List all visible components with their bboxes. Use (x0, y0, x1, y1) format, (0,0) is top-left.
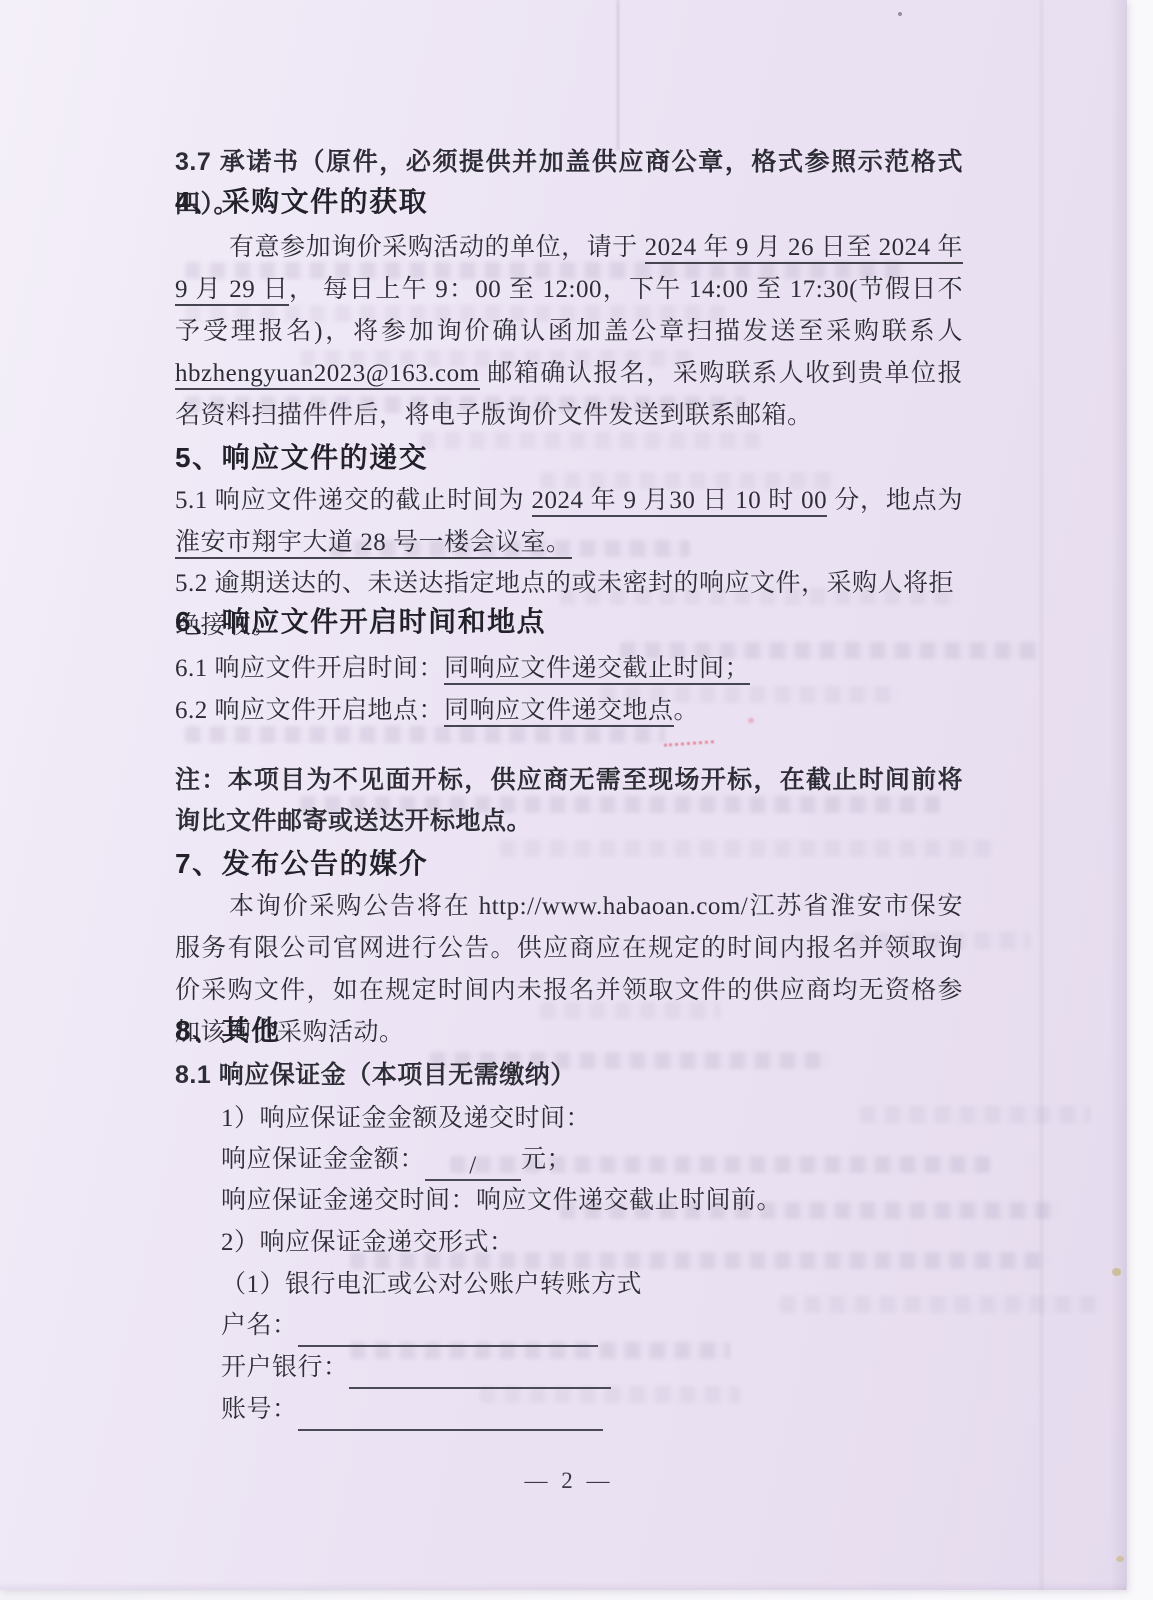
paper-crease (617, 0, 619, 150)
clause-6-1: 6.1 响应文件开启时间：同响应文件递交截止时间； (175, 648, 963, 690)
underlined-deadline: 2024 年 9 月30 日 10 时 00 (532, 487, 828, 517)
field-label: 开户银行： (221, 1354, 349, 1381)
red-pen-mark (664, 740, 714, 746)
deposit-form-item: 2）响应保证金递交形式： (221, 1222, 963, 1264)
underlined-address: 淮安市翔宇大道 28 号一楼会议室。 (175, 529, 572, 559)
section7-heading: 7、发布公告的媒介 (175, 846, 963, 882)
scan-edge-shadow (0, 1582, 1126, 1590)
account-number-line: 账号： (221, 1389, 963, 1431)
paper-sheet: 3.7 承诺书（原件，必须提供并加盖供应商公章，格式参照示范格式四）。 4、采购… (0, 0, 1127, 1590)
scanned-page: 3.7 承诺书（原件，必须提供并加盖供应商公章，格式参照示范格式四）。 4、采购… (0, 0, 1153, 1600)
text-segment: 有意参加询价采购活动的单位，请于 (229, 234, 645, 261)
underlined-contact-email: hbzhengyuan2023@163.com (175, 360, 480, 390)
bank-line: 开户银行： (221, 1347, 963, 1389)
bank-blank (349, 1359, 611, 1389)
field-label: 6.2 响应文件开启地点： (175, 697, 444, 724)
section6-heading: 6、响应文件开启时间和地点 (175, 604, 963, 640)
transfer-method-line: （1）银行电汇或公对公账户转账方式 (221, 1264, 963, 1306)
text-segment: 5.1 响应文件递交的截止时间为 (175, 487, 532, 514)
clause-6-2: 6.2 响应文件开启地点：同响应文件递交地点。 (175, 690, 963, 732)
field-label: 6.1 响应文件开启时间： (175, 655, 444, 682)
field-label: 账号： (221, 1396, 298, 1423)
deposit-amount-line: 响应保证金金额：/元； (221, 1139, 963, 1181)
dust-speck (1116, 1556, 1124, 1562)
section4-paragraph: 有意参加询价采购活动的单位，请于 2024 年 9 月 26 日至 2024 年… (175, 227, 963, 437)
section4-heading: 4、采购文件的获取 (175, 184, 963, 220)
deposit-time-line: 响应保证金递交时间：响应文件递交截止时间前。 (221, 1180, 963, 1222)
field-label: 户名： (221, 1312, 298, 1339)
account-name-line: 户名： (221, 1305, 963, 1347)
page-number: — 2 — (175, 1468, 963, 1494)
account-number-blank (298, 1401, 603, 1431)
dust-speck (1112, 1268, 1121, 1276)
note-paragraph: 注：本项目为不见面开标，供应商无需至现场开标，在截止时间前将询比文件邮寄或送达开… (175, 760, 963, 842)
scan-edge-shadow (1110, 0, 1126, 1590)
deposit-amount-item: 1）响应保证金金额及递交时间： (221, 1098, 963, 1140)
field-label: 响应保证金金额： (221, 1146, 425, 1173)
account-name-blank (298, 1317, 598, 1347)
clause-5-1: 5.1 响应文件递交的截止时间为 2024 年 9 月30 日 10 时 00 … (175, 480, 963, 564)
amount-blank: / (425, 1151, 521, 1181)
dust-speck (898, 12, 902, 16)
text-segment: 元； (521, 1146, 572, 1173)
paper-crease (1040, 0, 1043, 1590)
text-segment: 分，地点为 (827, 487, 963, 514)
text-segment: 。 (674, 697, 700, 724)
section5-heading: 5、响应文件的递交 (175, 440, 963, 476)
section8-heading: 8、其他 (175, 1013, 963, 1049)
underlined-value: 同响应文件递交截止时间； (444, 655, 750, 685)
underlined-value: 同响应文件递交地点 (444, 697, 674, 727)
text-segment: ， 每日上午 9：00 至 12:00，下午 14:00 至 17:30(节假日… (175, 276, 963, 345)
clause-8-1: 8.1 响应保证金（本项目无需缴纳） (175, 1054, 963, 1096)
